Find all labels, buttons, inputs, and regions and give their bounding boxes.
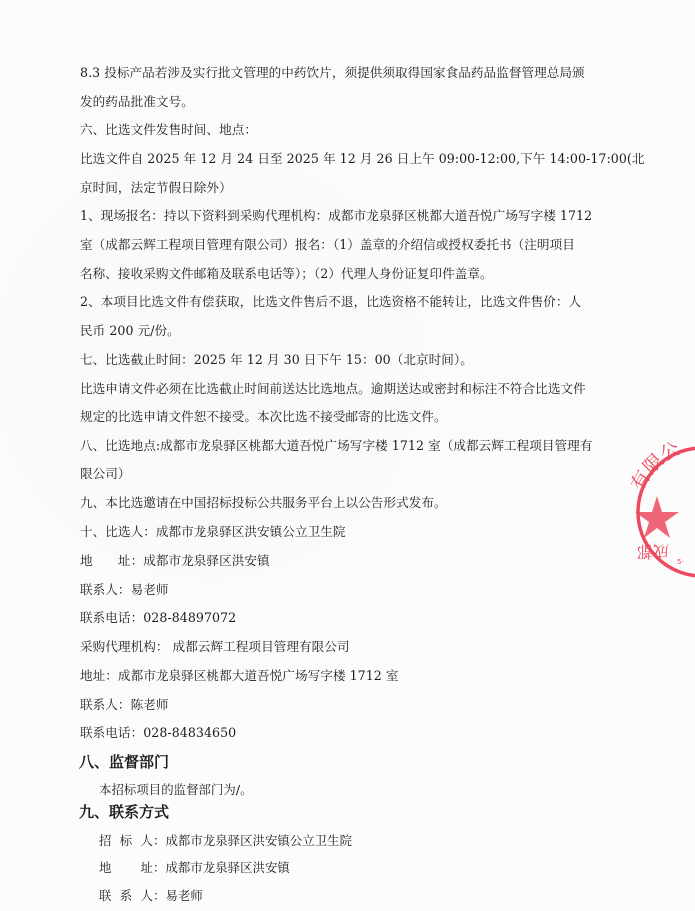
contact-label: 联系人: [99, 888, 153, 904]
text-line: 1、现场报名：持以下资料到采购代理机构：成都市龙泉驿区桃都大道吾悦广场写字楼 1…: [80, 208, 592, 224]
text-line: 限公司）: [80, 466, 131, 482]
seal-serial-mark: 5·: [677, 558, 684, 566]
contact-heading: 九、联系方式: [79, 803, 169, 821]
contact-row-person: 联系人：易老师: [99, 888, 203, 904]
text-line: 京时间，法定节假日除外）: [80, 180, 232, 196]
text-line: 民币 200 元/份。: [80, 323, 180, 339]
contact-value: ：易老师: [153, 888, 203, 903]
section-ten-selector: 十、比选人：成都市龙泉驿区洪安镇公立卫生院: [80, 524, 346, 540]
section-six-title: 六、比选文件发售时间、地点：: [80, 122, 257, 138]
section-seven-deadline: 七、比选截止时间：2025 年 12 月 30 日下午 15：00（北京时间）。: [80, 352, 473, 368]
contact-row-tenderer: 招标人：成都市龙泉驿区洪安镇公立卫生院: [99, 833, 352, 849]
agency-contact: 联系人：陈老师: [80, 697, 169, 713]
contact-value: ：成都市龙泉驿区洪安镇: [153, 860, 290, 875]
agency-phone: 联系电话：028-84834650: [80, 725, 236, 741]
text-line-8-3: 8.3 投标产品若涉及实行批文管理的中药饮片，须提供须取得国家食品药品监督管理总…: [80, 65, 585, 81]
text-line: 比选申请文件必须在比选截止时间前送达比选地点。逾期送达或密封和标注不符合比选文件: [80, 381, 586, 397]
text-line: 发的药品批准文号。: [80, 94, 194, 110]
agency-name: 采购代理机构： 成都云辉工程项目管理有限公司: [80, 639, 350, 655]
seal-arc-text: 有限公: [627, 438, 684, 495]
contact-label: 地址: [99, 860, 153, 876]
company-seal-stamp: 有限公 成都 5·: [625, 430, 695, 600]
supervision-heading: 八、监督部门: [79, 753, 169, 771]
selector-phone: 联系电话：028-84897072: [80, 610, 236, 626]
text-line: 比选文件自 2025 年 12 月 24 日至 2025 年 12 月 26 日…: [80, 151, 645, 167]
text-line: 2、本项目比选文件有偿获取，比选文件售后不退，比选资格不能转让，比选文件售价：人: [80, 294, 581, 310]
contact-label: 招标人: [99, 833, 153, 849]
contact-value: ：成都市龙泉驿区洪安镇公立卫生院: [153, 833, 352, 848]
selector-address: 地 址：成都市龙泉驿区洪安镇: [80, 553, 270, 569]
text-line: 室（成都云辉工程项目管理有限公司）报名：（1）盖章的介绍信或授权委托书（注明项目: [80, 237, 575, 253]
agency-address: 地址：成都市龙泉驿区桃都大道吾悦广场写字楼 1712 室: [80, 668, 399, 684]
seal-bottom-text: 成都: [637, 542, 669, 561]
supervision-body: 本招标项目的监督部门为/。: [99, 782, 253, 798]
document-page: 8.3 投标产品若涉及实行批文管理的中药饮片，须提供须取得国家食品药品监督管理总…: [0, 0, 695, 911]
text-line: 规定的比选申请文件恕不接受。本次比选不接受邮寄的比选文件。: [80, 409, 447, 425]
section-nine-publish: 九、本比选邀请在中国招标投标公共服务平台上以公告形式发布。: [80, 495, 447, 511]
section-eight-location: 八、比选地点:成都市龙泉驿区桃都大道吾悦广场写字楼 1712 室（成都云辉工程项…: [80, 438, 592, 454]
contact-row-address: 地址：成都市龙泉驿区洪安镇: [99, 860, 290, 876]
text-line: 名称、接收采购文件邮箱及联系电话等）；（2）代理人身份证复印件盖章。: [80, 266, 493, 282]
star-icon: [635, 496, 679, 538]
selector-contact: 联系人：易老师: [80, 582, 169, 598]
